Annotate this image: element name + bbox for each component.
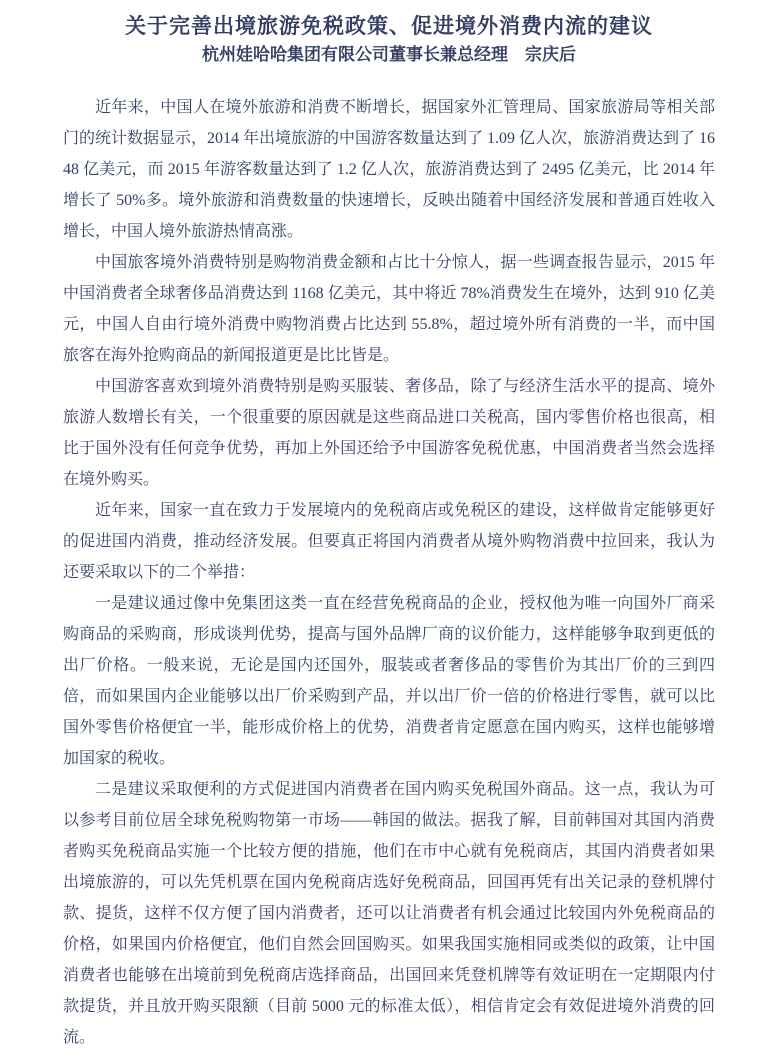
paragraph-6: 二是建议采取便利的方式促进国内消费者在国内购买免税国外商品。这一点，我认为可以参…: [63, 774, 715, 1053]
document-title: 关于完善出境旅游免税政策、促进境外消费内流的建议: [0, 0, 778, 40]
paragraph-3: 中国游客喜欢到境外消费特别是购买服装、奢侈品，除了与经济生活水平的提高、境外旅游…: [63, 371, 715, 495]
paragraph-1: 近年来，中国人在境外旅游和消费不断增长，据国家外汇管理局、国家旅游局等相关部门的…: [63, 92, 715, 247]
paragraph-2: 中国旅客境外消费特别是购物消费金额和占比十分惊人，据一些调查报告显示，2015 …: [63, 247, 715, 371]
document-author-line: 杭州娃哈哈集团有限公司董事长兼总经理 宗庆后: [0, 40, 778, 66]
document-page: 关于完善出境旅游免税政策、促进境外消费内流的建议 杭州娃哈哈集团有限公司董事长兼…: [0, 0, 778, 1053]
paragraph-4: 近年来，国家一直在致力于发展境内的免税商店或免税区的建设，这样做肯定能够更好的促…: [63, 495, 715, 588]
document-body: 近年来，中国人在境外旅游和消费不断增长，据国家外汇管理局、国家旅游局等相关部门的…: [63, 92, 715, 1053]
paragraph-5: 一是建议通过像中免集团这类一直在经营免税商品的企业，授权他为唯一向国外厂商采购商…: [63, 588, 715, 774]
